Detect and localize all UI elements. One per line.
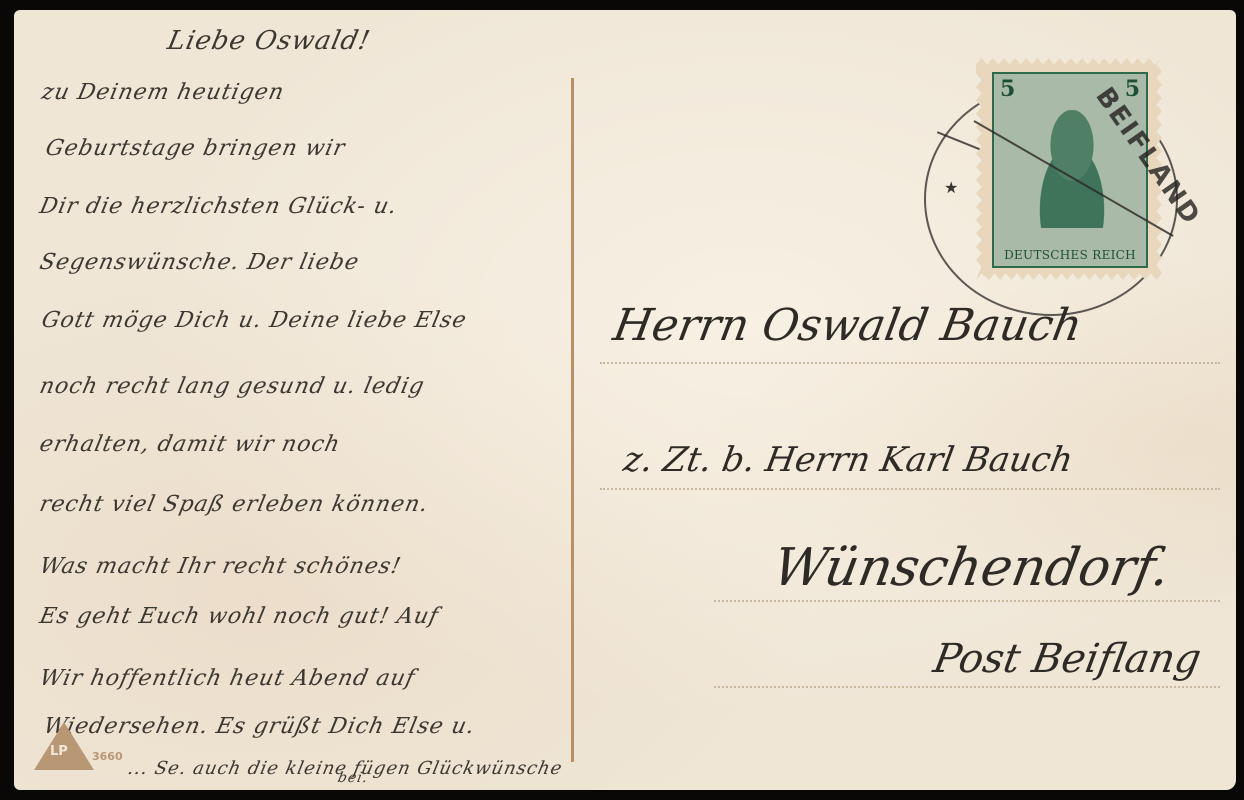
message-line: Was macht Ihr recht schönes!: [37, 554, 403, 579]
stamp-value: 5: [1125, 76, 1140, 102]
message-line: Wiedersehen. Es grüßt Dich Else u.: [41, 714, 477, 739]
message-line: noch recht lang gesund u. ledig: [37, 374, 427, 399]
address-dotted-line: [714, 686, 1220, 688]
postcard: Liebe Oswald! zu Deinem heutigen Geburts…: [14, 10, 1236, 790]
publisher-number: 3660: [92, 750, 123, 763]
address-town: Wünschendorf.: [769, 538, 1175, 598]
message-line: erhalten, damit wir noch: [37, 432, 342, 457]
stamp-value: 5: [1000, 76, 1015, 102]
publisher-mark: LP 3660: [34, 722, 94, 772]
stamp-legend: DEUTSCHES REICH: [994, 248, 1146, 262]
postage-stamp: 5 5 DEUTSCHES REICH: [976, 58, 1162, 280]
message-line: Dir die herzlichsten Glück- u.: [37, 194, 399, 219]
germania-portrait-icon: [1022, 110, 1122, 228]
message-line: Es geht Euch wohl noch gut! Auf: [37, 604, 441, 629]
postmark-star-icon: ★: [944, 178, 958, 197]
address-dotted-line: [600, 488, 1220, 490]
address-dotted-line: [600, 362, 1220, 364]
message-line: bei.: [336, 770, 370, 786]
address-post-office: Post Beiflang: [930, 636, 1205, 682]
publisher-logo: LP: [50, 744, 68, 759]
message-line: Geburtstage bringen wir: [43, 136, 347, 161]
message-line: recht viel Spaß erleben können.: [37, 492, 431, 517]
message-line: Segenswünsche. Der liebe: [37, 250, 361, 275]
address-dotted-line: [714, 600, 1220, 602]
address-care-of: z. Zt. b. Herrn Karl Bauch: [620, 440, 1076, 480]
message-line: Gott möge Dich u. Deine liebe Else: [39, 308, 469, 333]
message-greeting: Liebe Oswald!: [165, 26, 373, 56]
message-line: zu Deinem heutigen: [39, 80, 286, 105]
message-line: Wir hoffentlich heut Abend auf: [37, 666, 417, 691]
center-divider: [571, 78, 574, 762]
